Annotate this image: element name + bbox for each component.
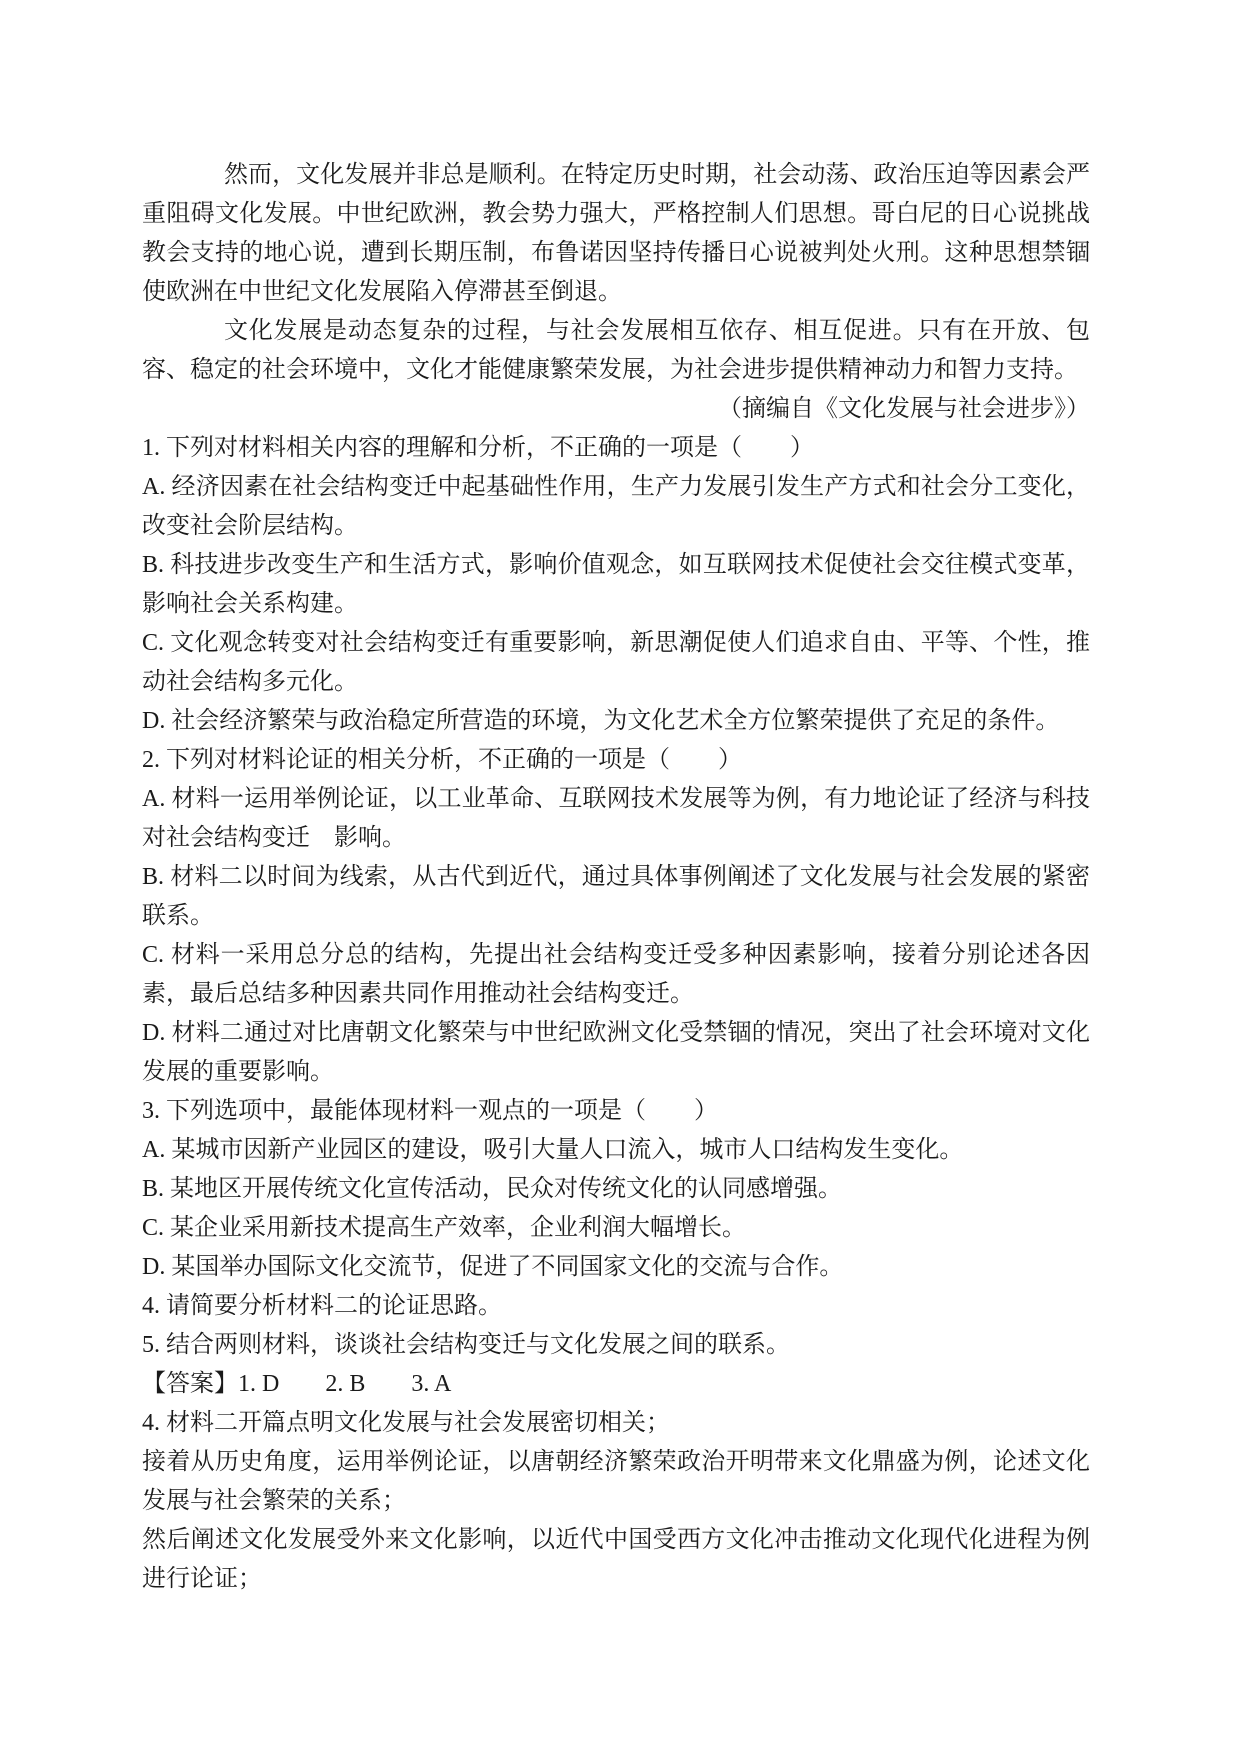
option-label: A.	[142, 1137, 165, 1163]
option-label: D.	[142, 1254, 165, 1280]
question-3-text: 下列选项中，最能体现材料一观点的一项是（ ）	[166, 1098, 718, 1124]
option-text: 某企业采用新技术提高生产效率，企业利润大幅增长。	[170, 1215, 746, 1241]
question-3-option-d: D. 某国举办国际文化交流节，促进了不同国家文化的交流与合作。	[142, 1248, 1090, 1287]
option-label: B.	[142, 552, 164, 578]
option-text: 科技进步改变生产和生活方式，影响价值观念，如互联网技术促使社会交往模式变革，影响…	[142, 552, 1090, 617]
option-label: A.	[142, 786, 165, 812]
question-1-option-c: C. 文化观念转变对社会结构变迁有重要影响，新思潮促使人们追求自由、平等、个性，…	[142, 624, 1090, 702]
option-text: 材料二通过对比唐朝文化繁荣与中世纪欧洲文化受禁锢的情况，突出了社会环境对文化发展…	[142, 1020, 1090, 1085]
question-1-option-a: A. 经济因素在社会结构变迁中起基础性作用，生产力发展引发生产方式和社会分工变化…	[142, 468, 1090, 546]
option-label: C.	[142, 942, 164, 968]
question-2-option-d: D. 材料二通过对比唐朝文化繁荣与中世纪欧洲文化受禁锢的情况，突出了社会环境对文…	[142, 1014, 1090, 1092]
option-label: B.	[142, 1176, 164, 1202]
option-text: 材料二以时间为线索，从古代到近代，通过具体事例阐述了文化发展与社会发展的紧密联系…	[142, 864, 1090, 929]
exam-document-page: 然而，文化发展并非总是顺利。在特定历史时期，社会动荡、政治压迫等因素会严重阻碍文…	[0, 0, 1240, 1754]
answer-explanation-line-2: 接着从历史角度，运用举例论证，以唐朝经济繁荣政治开明带来文化鼎盛为例，论述文化发…	[142, 1443, 1090, 1521]
answer-explanation-line-1: 4. 材料二开篇点明文化发展与社会发展密切相关；	[142, 1404, 1090, 1443]
question-3-option-b: B. 某地区开展传统文化宣传活动，民众对传统文化的认同感增强。	[142, 1170, 1090, 1209]
question-4-number: 4.	[142, 1293, 160, 1319]
question-4-text: 请简要分析材料二的论证思路。	[166, 1293, 502, 1319]
question-1-option-d: D. 社会经济繁荣与政治稳定所营造的环境，为文化艺术全方位繁荣提供了充足的条件。	[142, 702, 1090, 741]
question-3-option-a: A. 某城市因新产业园区的建设，吸引大量人口流入，城市人口结构发生变化。	[142, 1131, 1090, 1170]
question-5-stem: 5. 结合两则材料，谈谈社会结构变迁与文化发展之间的联系。	[142, 1326, 1090, 1365]
question-5-number: 5.	[142, 1332, 160, 1358]
question-4-stem: 4. 请简要分析材料二的论证思路。	[142, 1287, 1090, 1326]
question-2-option-c: C. 材料一采用总分总的结构，先提出社会结构变迁受多种因素影响，接着分别论述各因…	[142, 936, 1090, 1014]
option-label: C.	[142, 1215, 164, 1241]
answer-choice-1: 1. D	[238, 1371, 279, 1397]
option-label: D.	[142, 708, 165, 734]
option-text: 某城市因新产业园区的建设，吸引大量人口流入，城市人口结构发生变化。	[171, 1137, 963, 1163]
document-content: 然而，文化发展并非总是顺利。在特定历史时期，社会动荡、政治压迫等因素会严重阻碍文…	[142, 156, 1090, 1599]
question-1-stem: 1. 下列对材料相关内容的理解和分析，不正确的一项是（ ）	[142, 429, 1090, 468]
question-1-option-b: B. 科技进步改变生产和生活方式，影响价值观念，如互联网技术促使社会交往模式变革…	[142, 546, 1090, 624]
option-label: B.	[142, 864, 164, 890]
option-text: 社会经济繁荣与政治稳定所营造的环境，为文化艺术全方位繁荣提供了充足的条件。	[171, 708, 1059, 734]
option-text: 文化观念转变对社会结构变迁有重要影响，新思潮促使人们追求自由、平等、个性，推动社…	[142, 630, 1090, 695]
question-3-option-c: C. 某企业采用新技术提高生产效率，企业利润大幅增长。	[142, 1209, 1090, 1248]
answer-line: 【答案】1. D2. B3. A	[142, 1365, 1090, 1404]
answer-choice-2: 2. B	[325, 1371, 365, 1397]
source-attribution: （摘编自《文化发展与社会进步》）	[142, 390, 1090, 429]
option-text: 材料一运用举例论证，以工业革命、互联网技术发展等为例，有力地论证了经济与科技对社…	[142, 786, 1090, 851]
question-2-stem: 2. 下列对材料论证的相关分析，不正确的一项是（ ）	[142, 741, 1090, 780]
option-label: A.	[142, 474, 165, 500]
question-2-number: 2.	[142, 747, 160, 773]
question-2-option-b: B. 材料二以时间为线索，从古代到近代，通过具体事例阐述了文化发展与社会发展的紧…	[142, 858, 1090, 936]
option-label: D.	[142, 1020, 165, 1046]
question-5-text: 结合两则材料，谈谈社会结构变迁与文化发展之间的联系。	[166, 1332, 790, 1358]
question-1-number: 1.	[142, 435, 160, 461]
option-text: 某地区开展传统文化宣传活动，民众对传统文化的认同感增强。	[170, 1176, 842, 1202]
answer-choice-3: 3. A	[411, 1371, 451, 1397]
option-label: C.	[142, 630, 164, 656]
question-3-stem: 3. 下列选项中，最能体现材料一观点的一项是（ ）	[142, 1092, 1090, 1131]
question-2-text: 下列对材料论证的相关分析，不正确的一项是（ ）	[166, 747, 742, 773]
question-3-number: 3.	[142, 1098, 160, 1124]
question-1-text: 下列对材料相关内容的理解和分析，不正确的一项是（ ）	[166, 435, 814, 461]
question-2-option-a: A. 材料一运用举例论证，以工业革命、互联网技术发展等为例，有力地论证了经济与科…	[142, 780, 1090, 858]
answer-explanation-line-3: 然后阐述文化发展受外来文化影响，以近代中国受西方文化冲击推动文化现代化进程为例进…	[142, 1521, 1090, 1599]
option-text: 材料一采用总分总的结构，先提出社会结构变迁受多种因素影响，接着分别论述各因素，最…	[142, 942, 1090, 1007]
passage-paragraph-1: 然而，文化发展并非总是顺利。在特定历史时期，社会动荡、政治压迫等因素会严重阻碍文…	[142, 156, 1090, 312]
option-text: 某国举办国际文化交流节，促进了不同国家文化的交流与合作。	[171, 1254, 843, 1280]
passage-paragraph-2: 文化发展是动态复杂的过程，与社会发展相互依存、相互促进。只有在开放、包容、稳定的…	[142, 312, 1090, 390]
option-text: 经济因素在社会结构变迁中起基础性作用，生产力发展引发生产方式和社会分工变化，改变…	[142, 474, 1090, 539]
answer-label: 【答案】	[142, 1371, 238, 1397]
